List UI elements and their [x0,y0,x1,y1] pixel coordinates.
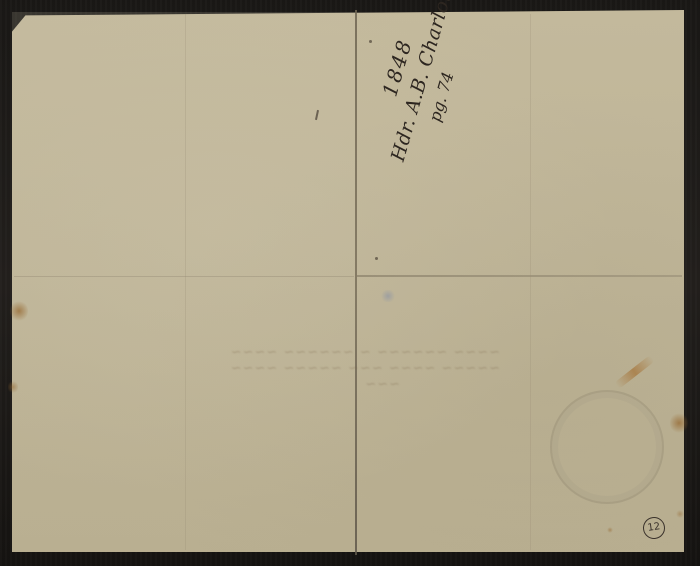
stain [676,510,684,518]
bleed-line: ~~~~ ~~~~~~ ~ ~~~~~~ ~~~~ [60,345,500,361]
faint-vertical-fold [185,14,186,550]
vertical-fold-line [355,10,357,555]
faint-seal-impression [550,390,664,504]
stain [670,412,688,434]
left-panel [12,12,356,552]
stain [607,527,613,533]
speck [369,40,372,43]
stain [8,380,18,394]
faint-horizontal-fold [14,276,354,277]
horizontal-fold-line [357,275,682,277]
ink-spot [380,290,396,302]
stain [10,300,28,322]
bleed-line: ~~~ [60,377,400,393]
faint-vertical-fold [530,14,531,550]
bleed-through-text: ~~~~ ~~~~~~ ~ ~~~~~~ ~~~~ ~~~~~ ~~~~ ~~~… [60,345,500,393]
speck [375,257,378,260]
bleed-line: ~~~~~ ~~~~ ~~~ ~~~~~ ~~~~ [60,361,500,377]
